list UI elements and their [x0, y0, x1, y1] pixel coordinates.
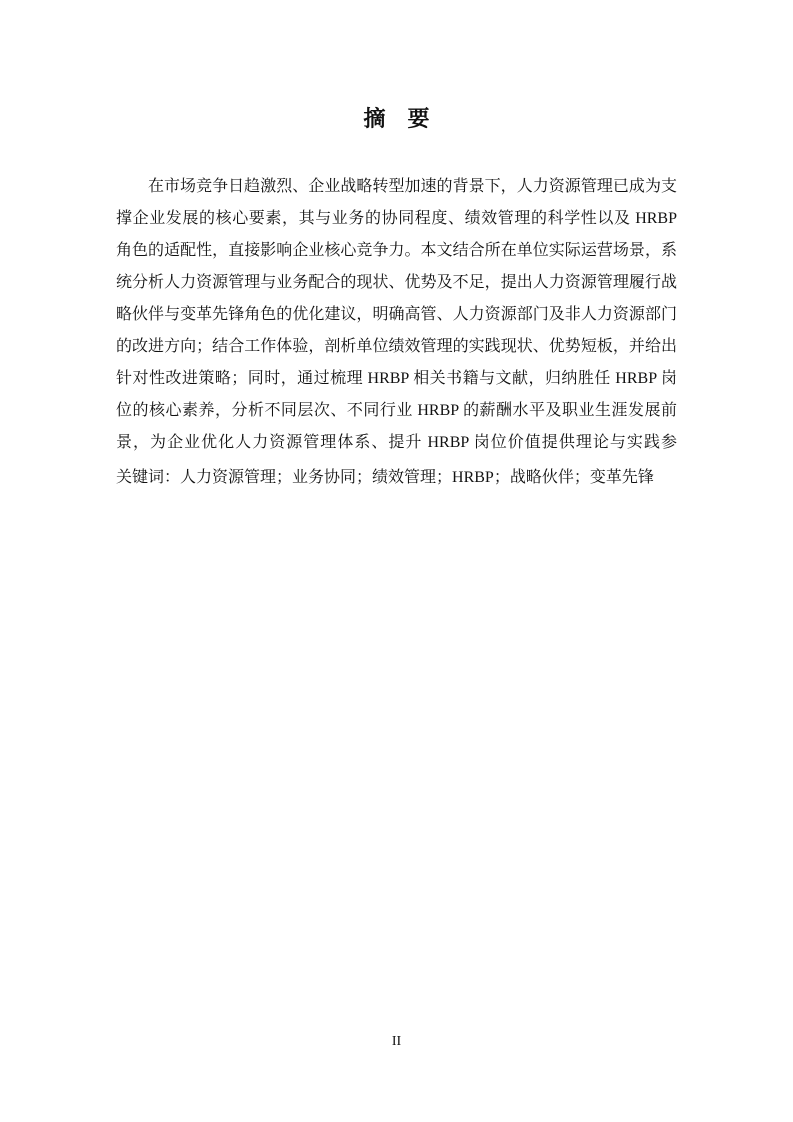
abstract-title: 摘 要	[0, 104, 793, 134]
keywords-value: 人力资源管理；业务协同；绩效管理；HRBP；战略伙伴；变革先锋	[180, 469, 654, 486]
document-page: 摘 要 在市场竞争日趋激烈、企业战略转型加速的背景下，人力资源管理已成为支撑企业…	[0, 0, 793, 1122]
abstract-paragraph: 在市场竞争日趋激烈、企业战略转型加速的背景下，人力资源管理已成为支撑企业发展的核…	[116, 171, 677, 459]
keywords-label: 关键词：	[116, 469, 180, 486]
page-number: II	[0, 1032, 793, 1052]
keywords-line: 关键词：人力资源管理；业务协同；绩效管理；HRBP；战略伙伴；变革先锋	[116, 462, 677, 494]
